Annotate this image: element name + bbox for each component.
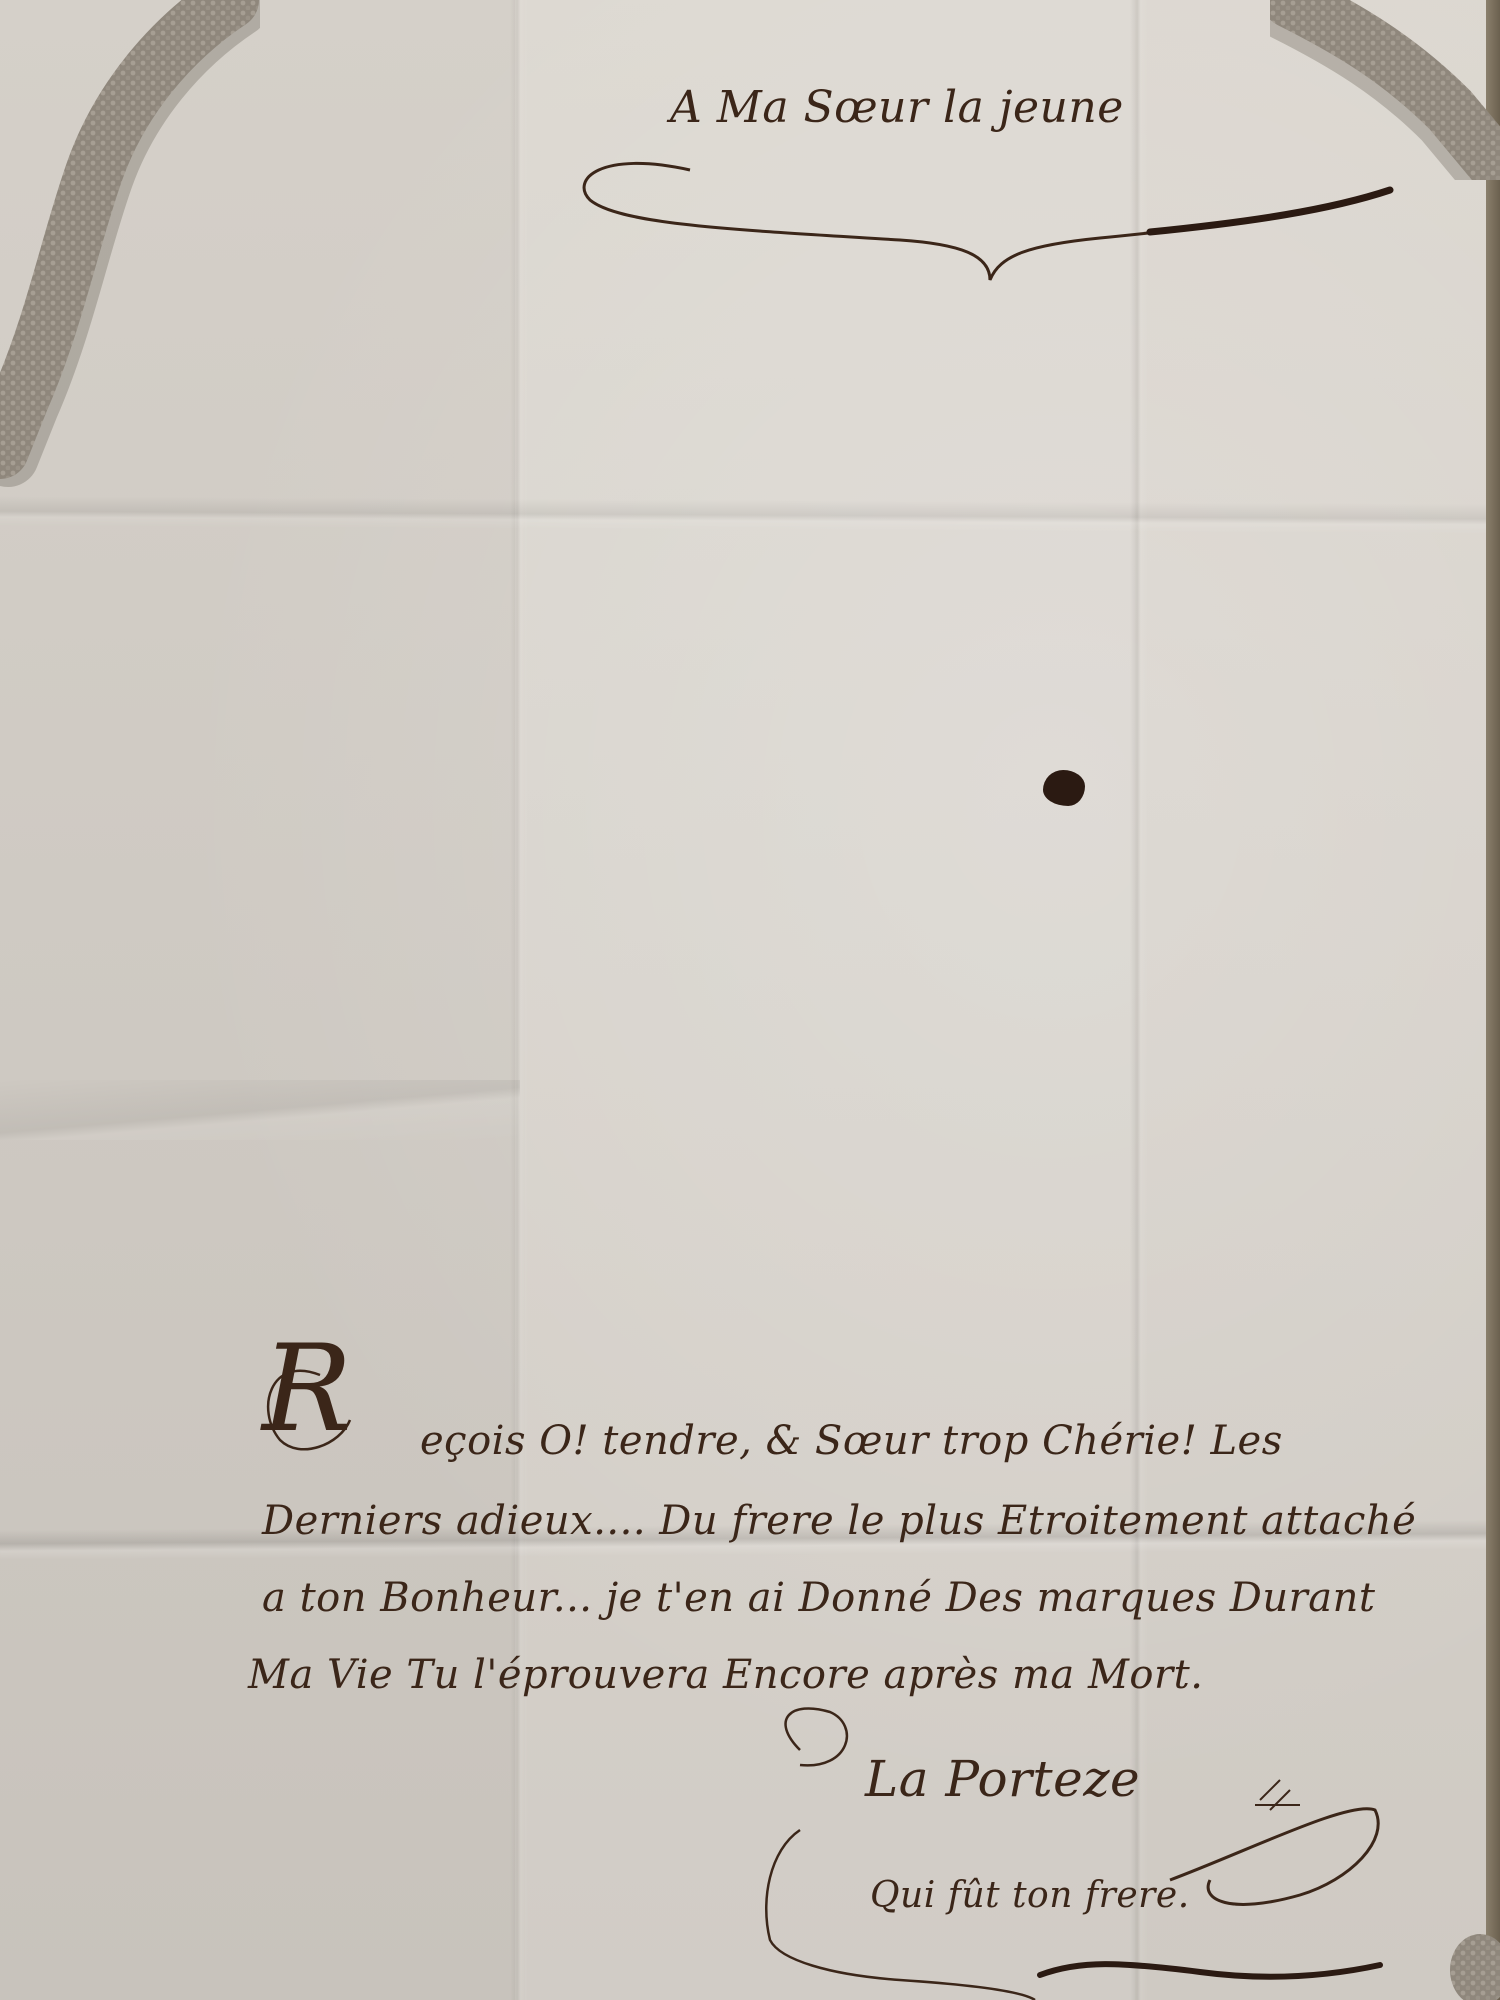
drop-cap-letter: R: [262, 1320, 352, 1459]
body-line-1: eçois O! tendre, & Sœur trop Chérie! Les: [420, 1418, 1283, 1464]
valediction: Qui fût ton frere.: [870, 1875, 1190, 1916]
address-line: A Ma Sœur la jeune: [670, 82, 1124, 133]
body-line-3: a ton Bonheur... je t'en ai Donné Des ma…: [262, 1575, 1375, 1621]
body-line-4: Ma Vie Tu l'éprouvera Encore après ma Mo…: [248, 1652, 1203, 1698]
signature: La Porteze: [865, 1750, 1140, 1808]
ink-flourishes: [0, 0, 1500, 2000]
ink-blot: [1043, 770, 1085, 806]
body-line-2: Derniers adieux.... Du frere le plus Etr…: [262, 1498, 1416, 1544]
